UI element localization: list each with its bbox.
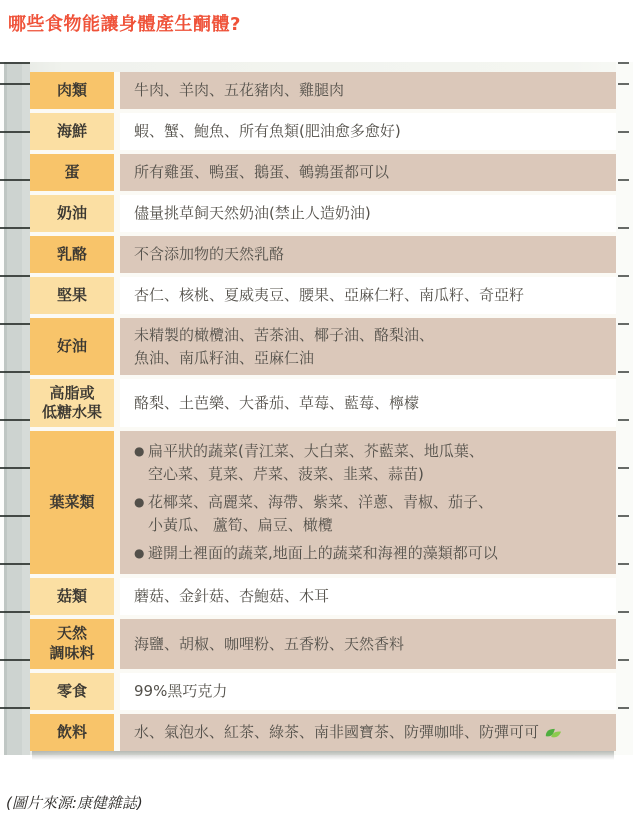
table-row-leafy: 葉菜類●扁平狀的蔬菜(青江菜、大白菜、芥藍菜、地瓜葉、 空心菜、莧菜、芹菜、菠菜… (30, 431, 616, 574)
bullet-text: 扁平狀的蔬菜(青江菜、大白菜、芥藍菜、地瓜葉、 空心菜、莧菜、芹菜、菠菜、韭菜、… (148, 440, 484, 485)
content-text: 不含添加物的天然乳酪 (134, 243, 284, 266)
paper-background: 肉類牛肉、羊肉、五花豬肉、雞腿肉海鮮蝦、蟹、鮑魚、所有魚類(肥油愈多愈好)蛋所有… (0, 62, 633, 755)
content-text: 未精製的橄欖油、苦茶油、椰子油、酪梨油、 魚油、南瓜籽油、亞麻仁油 (134, 324, 434, 369)
image-caption: (圖片來源:康健雜誌) (6, 792, 143, 813)
page-title: 哪些食物能讓身體產生酮體? (8, 10, 241, 36)
category-cell-drinks: 飲料 (30, 714, 114, 751)
table-row-cheese: 乳酪不含添加物的天然乳酪 (30, 236, 616, 273)
content-cell-nuts: 杏仁、核桃、夏威夷豆、腰果、亞麻仁籽、南瓜籽、奇亞籽 (120, 277, 616, 314)
content-text: 杏仁、核桃、夏威夷豆、腰果、亞麻仁籽、南瓜籽、奇亞籽 (134, 284, 524, 307)
bullet-dot-icon: ● (134, 542, 148, 565)
leaf-icon (544, 725, 562, 740)
category-cell-nuts: 堅果 (30, 277, 114, 314)
content-text: 蝦、蟹、鮑魚、所有魚類(肥油愈多愈好) (134, 120, 401, 143)
table-row-seasoning: 天然 調味料海鹽、胡椒、咖哩粉、五香粉、天然香料 (30, 619, 616, 669)
content-cell-butter: 儘量挑草飼天然奶油(禁止人造奶油) (120, 195, 616, 232)
content-line: 99%黑巧克力 (134, 680, 606, 703)
content-cell-seafood: 蝦、蟹、鮑魚、所有魚類(肥油愈多愈好) (120, 113, 616, 150)
table-row-seafood: 海鮮蝦、蟹、鮑魚、所有魚類(肥油愈多愈好) (30, 113, 616, 150)
bullet-item: ●扁平狀的蔬菜(青江菜、大白菜、芥藍菜、地瓜葉、 空心菜、莧菜、芹菜、菠菜、韭菜… (134, 440, 606, 485)
content-line: 水、氣泡水、紅茶、綠茶、南非國寶茶、防彈咖啡、防彈可可 (134, 721, 606, 744)
category-cell-egg: 蛋 (30, 154, 114, 191)
table-row-nuts: 堅果杏仁、核桃、夏威夷豆、腰果、亞麻仁籽、南瓜籽、奇亞籽 (30, 277, 616, 314)
content-cell-leafy: ●扁平狀的蔬菜(青江菜、大白菜、芥藍菜、地瓜葉、 空心菜、莧菜、芹菜、菠菜、韭菜… (120, 431, 616, 574)
content-text: 牛肉、羊肉、五花豬肉、雞腿肉 (134, 79, 344, 102)
table-row-drinks: 飲料水、氣泡水、紅茶、綠茶、南非國寶茶、防彈咖啡、防彈可可 (30, 714, 616, 751)
content-cell-cheese: 不含添加物的天然乳酪 (120, 236, 616, 273)
content-cell-meat: 牛肉、羊肉、五花豬肉、雞腿肉 (120, 72, 616, 109)
category-cell-good-oil: 好油 (30, 318, 114, 375)
food-table: 肉類牛肉、羊肉、五花豬肉、雞腿肉海鮮蝦、蟹、鮑魚、所有魚類(肥油愈多愈好)蛋所有… (30, 72, 616, 751)
bullet-text: 花椰菜、高麗菜、海帶、紫菜、洋蔥、青椒、茄子、 小黃瓜、 蘆筍、扁豆、橄欖 (148, 491, 493, 536)
category-cell-meat: 肉類 (30, 72, 114, 109)
bullet-text: 避開土裡面的蔬菜,地面上的蔬菜和海裡的藻類都可以 (148, 542, 498, 565)
table-row-egg: 蛋所有雞蛋、鴨蛋、鵝蛋、鵪鶉蛋都可以 (30, 154, 616, 191)
content-text: 酪梨、土芭樂、大番茄、草莓、藍莓、檸檬 (134, 392, 419, 415)
ruled-line-dashes (618, 62, 629, 755)
content-cell-seasoning: 海鹽、胡椒、咖哩粉、五香粉、天然香料 (120, 619, 616, 669)
category-cell-cheese: 乳酪 (30, 236, 114, 273)
table-row-fruit: 高脂或 低糖水果酪梨、土芭樂、大番茄、草莓、藍莓、檸檬 (30, 379, 616, 427)
content-text: 99%黑巧克力 (134, 680, 227, 703)
category-cell-mushroom: 菇類 (30, 578, 114, 615)
content-cell-fruit: 酪梨、土芭樂、大番茄、草莓、藍莓、檸檬 (120, 379, 616, 427)
table-row-good-oil: 好油未精製的橄欖油、苦茶油、椰子油、酪梨油、 魚油、南瓜籽油、亞麻仁油 (30, 318, 616, 375)
content-text: 海鹽、胡椒、咖哩粉、五香粉、天然香料 (134, 633, 404, 656)
content-line: 所有雞蛋、鴨蛋、鵝蛋、鵪鶉蛋都可以 (134, 161, 606, 184)
content-cell-mushroom: 蘑菇、金針菇、杏鮑菇、木耳 (120, 578, 616, 615)
category-cell-seasoning: 天然 調味料 (30, 619, 114, 669)
category-cell-seafood: 海鮮 (30, 113, 114, 150)
content-line: 酪梨、土芭樂、大番茄、草莓、藍莓、檸檬 (134, 392, 606, 415)
bullet-dot-icon: ● (134, 440, 148, 485)
content-line: 蘑菇、金針菇、杏鮑菇、木耳 (134, 585, 606, 608)
paper-right-margin (616, 62, 633, 755)
content-line: 未精製的橄欖油、苦茶油、椰子油、酪梨油、 魚油、南瓜籽油、亞麻仁油 (134, 324, 606, 369)
content-text: 蘑菇、金針菇、杏鮑菇、木耳 (134, 585, 329, 608)
bullet-item: ●花椰菜、高麗菜、海帶、紫菜、洋蔥、青椒、茄子、 小黃瓜、 蘆筍、扁豆、橄欖 (134, 491, 606, 536)
content-cell-snack: 99%黑巧克力 (120, 673, 616, 710)
category-cell-butter: 奶油 (30, 195, 114, 232)
content-text: 儘量挑草飼天然奶油(禁止人造奶油) (134, 202, 371, 225)
content-line: 牛肉、羊肉、五花豬肉、雞腿肉 (134, 79, 606, 102)
category-cell-leafy: 葉菜類 (30, 431, 114, 574)
table-row-snack: 零食99%黑巧克力 (30, 673, 616, 710)
bullet-item: ●避開土裡面的蔬菜,地面上的蔬菜和海裡的藻類都可以 (134, 542, 606, 565)
category-cell-snack: 零食 (30, 673, 114, 710)
content-cell-egg: 所有雞蛋、鴨蛋、鵝蛋、鵪鶉蛋都可以 (120, 154, 616, 191)
content-line: 蝦、蟹、鮑魚、所有魚類(肥油愈多愈好) (134, 120, 606, 143)
content-line: 儘量挑草飼天然奶油(禁止人造奶油) (134, 202, 606, 225)
paper-left-margin (0, 62, 30, 755)
bullet-dot-icon: ● (134, 491, 148, 536)
content-cell-good-oil: 未精製的橄欖油、苦茶油、椰子油、酪梨油、 魚油、南瓜籽油、亞麻仁油 (120, 318, 616, 375)
table-row-butter: 奶油儘量挑草飼天然奶油(禁止人造奶油) (30, 195, 616, 232)
table-row-meat: 肉類牛肉、羊肉、五花豬肉、雞腿肉 (30, 72, 616, 109)
content-text: 所有雞蛋、鴨蛋、鵝蛋、鵪鶉蛋都可以 (134, 161, 389, 184)
content-line: 海鹽、胡椒、咖哩粉、五香粉、天然香料 (134, 633, 606, 656)
content-cell-drinks: 水、氣泡水、紅茶、綠茶、南非國寶茶、防彈咖啡、防彈可可 (120, 714, 616, 751)
category-cell-fruit: 高脂或 低糖水果 (30, 379, 114, 427)
table-row-mushroom: 菇類蘑菇、金針菇、杏鮑菇、木耳 (30, 578, 616, 615)
content-text: 水、氣泡水、紅茶、綠茶、南非國寶茶、防彈咖啡、防彈可可 (134, 721, 539, 744)
content-line: 不含添加物的天然乳酪 (134, 243, 606, 266)
content-line: 杏仁、核桃、夏威夷豆、腰果、亞麻仁籽、南瓜籽、奇亞籽 (134, 284, 606, 307)
